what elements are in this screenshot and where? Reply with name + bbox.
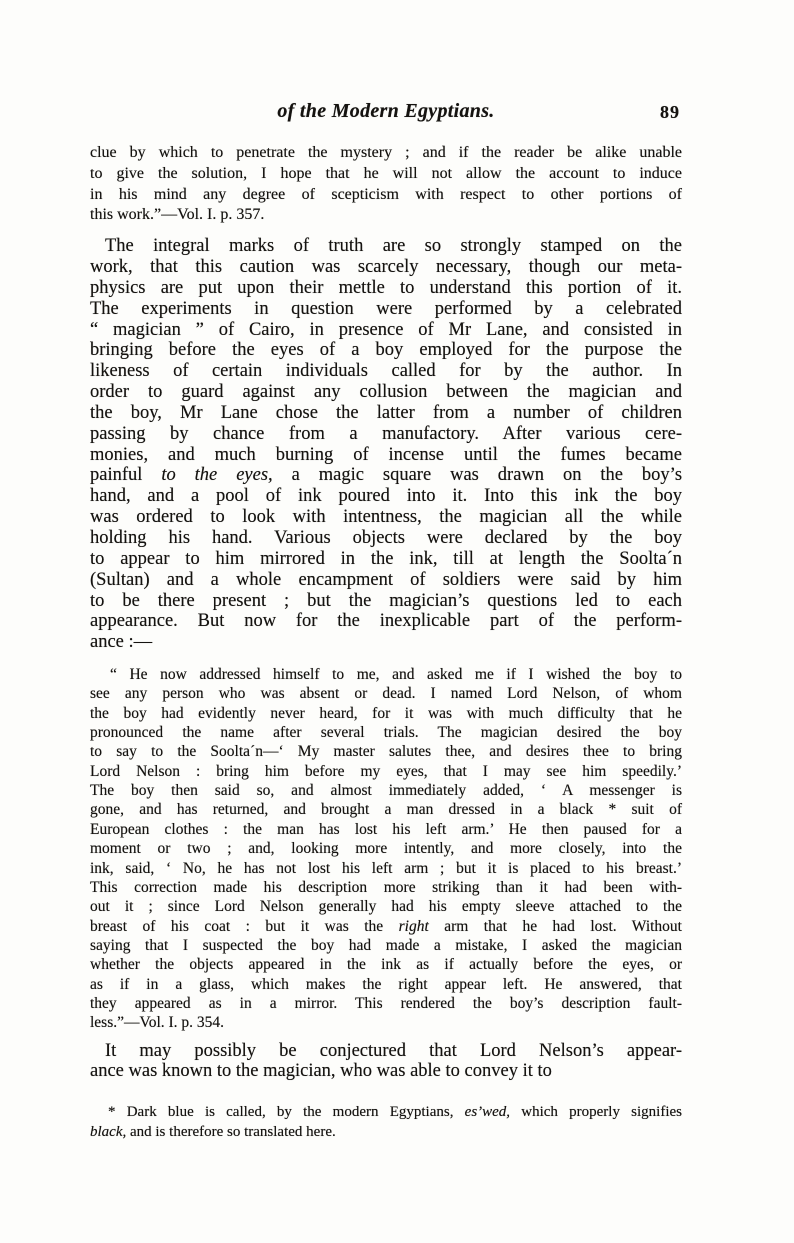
block-quotation-line-5: to say to the Soolta´n—‘ My master salut… xyxy=(90,742,682,761)
page-content: clue by which to penetrate the mystery ;… xyxy=(90,143,682,1142)
continued-quote-paragraph-line-1: clue by which to penetrate the mystery ;… xyxy=(90,143,682,164)
body-paragraph-1-line-4: The experiments in question were perform… xyxy=(90,299,682,320)
body-paragraph-1-line-11: monies, and much burning of incense unti… xyxy=(90,445,682,466)
block-quotation-line-18: they appeared as in a mirror. This rende… xyxy=(90,994,682,1013)
body-paragraph-1-line-12: painful to the eyes, a magic square was … xyxy=(90,465,682,486)
block-quotation-line-11: ink, said, ‘ No, he has not lost his lef… xyxy=(90,859,682,878)
body-paragraph-1: The integral marks of truth are so stron… xyxy=(90,236,682,653)
block-quotation-line-6: Lord Nelson : bring him before my eyes, … xyxy=(90,762,682,781)
page-number: 89 xyxy=(660,102,680,123)
block-quotation-line-14: breast of his coat : but it was the righ… xyxy=(90,917,682,936)
continued-quote-paragraph-line-3: in his mind any degree of scepticism wit… xyxy=(90,185,682,206)
body-paragraph-1-line-1: The integral marks of truth are so stron… xyxy=(90,236,682,257)
footnote: * Dark blue is called, by the modern Egy… xyxy=(90,1103,682,1142)
body-paragraph-1-line-8: order to guard against any collusion bet… xyxy=(90,382,682,403)
body-paragraph-1-line-16: to appear to him mirrored in the ink, ti… xyxy=(90,549,682,570)
body-paragraph-1-line-2: work, that this caution was scarcely nec… xyxy=(90,257,682,278)
book-page: of the Modern Egyptians. 89 clue by whic… xyxy=(0,0,794,1243)
body-paragraph-1-line-10: passing by chance from a manufactory. Af… xyxy=(90,424,682,445)
body-paragraph-1-line-19: appearance. But now for the inexplicable… xyxy=(90,611,682,632)
block-quotation-line-8: gone, and has returned, and brought a ma… xyxy=(90,800,682,819)
block-quotation-line-3: the boy had evidently never heard, for i… xyxy=(90,704,682,723)
block-quotation-line-9: European clothes : the man has lost his … xyxy=(90,820,682,839)
body-paragraph-2-line-2: ance was known to the magician, who was … xyxy=(90,1061,682,1082)
body-paragraph-1-line-5: “ magician ” of Cairo, in presence of Mr… xyxy=(90,320,682,341)
body-paragraph-2: It may possibly be conjectured that Lord… xyxy=(90,1041,682,1083)
block-quotation-line-12: This correction made his description mor… xyxy=(90,878,682,897)
body-paragraph-1-line-17: (Sultan) and a whole encampment of soldi… xyxy=(90,570,682,591)
continued-quote-paragraph-line-4: this work.”—Vol. I. p. 357. xyxy=(90,205,682,226)
continued-quote-paragraph-line-2: to give the solution, I hope that he wil… xyxy=(90,164,682,185)
body-paragraph-1-line-14: was ordered to look with intentness, the… xyxy=(90,507,682,528)
body-paragraph-1-line-7: likeness of certain individuals called f… xyxy=(90,361,682,382)
block-quotation-line-17: as if in a glass, which makes the right … xyxy=(90,975,682,994)
italic-text: to the eyes, xyxy=(161,465,272,485)
body-paragraph-1-line-6: bringing before the eyes of a boy employ… xyxy=(90,340,682,361)
continued-quote-paragraph: clue by which to penetrate the mystery ;… xyxy=(90,143,682,226)
body-paragraph-2-line-1: It may possibly be conjectured that Lord… xyxy=(90,1041,682,1062)
block-quotation-line-16: whether the objects appeared in the ink … xyxy=(90,955,682,974)
body-paragraph-1-line-18: to be there present ; but the magician’s… xyxy=(90,591,682,612)
italic-text: right xyxy=(399,918,429,935)
body-paragraph-1-line-20: ance :— xyxy=(90,632,682,653)
footnote-line-2: black, and is therefore so translated he… xyxy=(90,1123,682,1143)
footnote-line-1: * Dark blue is called, by the modern Egy… xyxy=(90,1103,682,1123)
body-paragraph-1-line-3: physics are put upon their mettle to und… xyxy=(90,278,682,299)
block-quotation: “ He now addressed himself to me, and as… xyxy=(90,665,682,1033)
block-quotation-line-7: The boy then said so, and almost immedia… xyxy=(90,781,682,800)
body-paragraph-1-line-15: holding his hand. Various objects were d… xyxy=(90,528,682,549)
italic-text: es’wed, xyxy=(465,1104,510,1120)
body-paragraph-1-line-13: hand, and a pool of ink poured into it. … xyxy=(90,486,682,507)
block-quotation-line-13: out it ; since Lord Nelson generally had… xyxy=(90,897,682,916)
running-title: of the Modern Egyptians. xyxy=(90,100,682,123)
block-quotation-line-19: less.”—Vol. I. p. 354. xyxy=(90,1013,682,1032)
body-paragraph-1-line-9: the boy, Mr Lane chose the latter from a… xyxy=(90,403,682,424)
block-quotation-line-2: see any person who was absent or dead. I… xyxy=(90,684,682,703)
italic-text: black, xyxy=(90,1124,126,1140)
block-quotation-line-10: moment or two ; and, looking more intent… xyxy=(90,839,682,858)
page-header: of the Modern Egyptians. 89 xyxy=(90,100,682,128)
block-quotation-line-4: pronounced the name after several trials… xyxy=(90,723,682,742)
block-quotation-line-15: saying that I suspected the boy had made… xyxy=(90,936,682,955)
block-quotation-line-1: “ He now addressed himself to me, and as… xyxy=(90,665,682,684)
